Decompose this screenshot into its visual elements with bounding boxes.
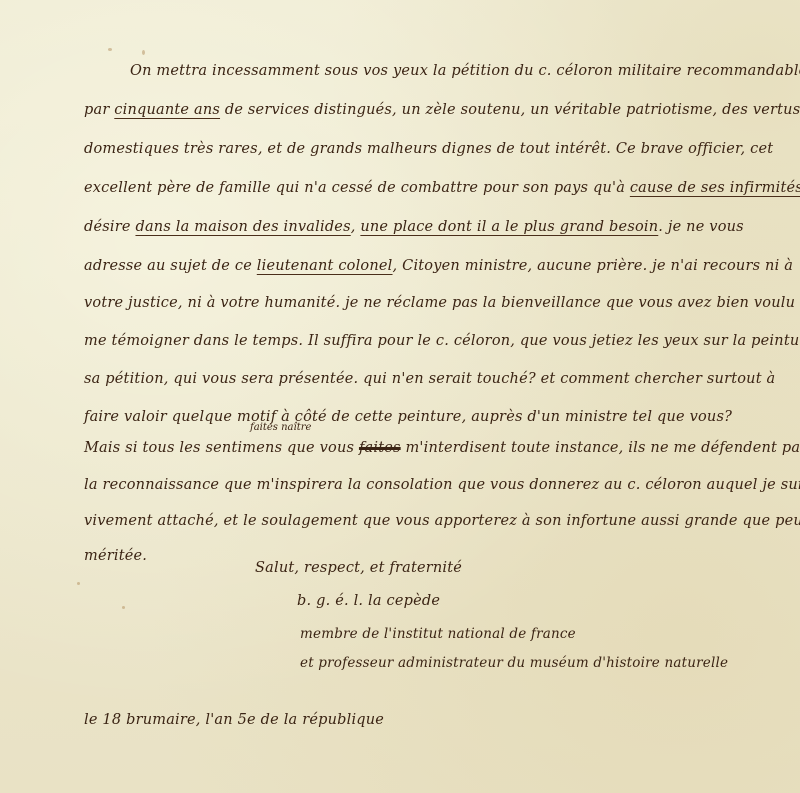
letter-line-4: excellent père de famille qui n'a cessé … (84, 180, 800, 196)
closing-salutation: Salut, respect, et fraternité (255, 560, 462, 576)
letter-line-13: vivement attaché, et le soulagement que … (84, 513, 800, 529)
text: . je ne vous (658, 219, 744, 235)
signature: b. g. é. l. la cepède (297, 593, 440, 609)
signer-title-institut: membre de l'institut national de france (300, 626, 576, 642)
text: de services distingués, un zèle soutenu,… (220, 102, 800, 118)
letter-line-8: me témoigner dans le temps. Il suffira p… (84, 333, 800, 349)
paper-stain (142, 50, 145, 55)
letter-line-11: Mais si tous les sentimens que vous fait… (84, 440, 800, 456)
paper-stain (77, 582, 80, 585)
letter-page: On mettra incessamment sous vos yeux la … (0, 0, 800, 793)
underlined-cinquante-ans: cinquante ans (114, 102, 220, 118)
paper-stain (122, 606, 125, 609)
underlined-invalides: dans la maison des invalides (135, 219, 350, 235)
underlined-lieutenant-colonel: lieutenant colonel (257, 258, 393, 274)
text: adresse au sujet de ce (84, 258, 257, 274)
text: Mais si tous les sentimens que vous (84, 440, 359, 456)
letter-line-6: adresse au sujet de ce lieutenant colone… (84, 258, 793, 274)
letter-line-2: par cinquante ans de services distingués… (84, 102, 800, 118)
text: , Citoyen ministre, aucune prière. je n'… (393, 258, 794, 274)
text: excellent père de famille qui n'a cessé … (84, 180, 630, 196)
struck-word: faites (359, 440, 401, 456)
interlinear-insertion: faites naître (250, 422, 311, 433)
letter-line-5: désire dans la maison des invalides, une… (84, 219, 744, 235)
underlined-infirmites: cause de ses infirmités (630, 180, 800, 196)
letter-line-3: domestiques très rares, et de grands mal… (84, 141, 773, 157)
text: désire (84, 219, 135, 235)
letter-line-10: faire valoir quelque motif à côté de cet… (84, 409, 732, 425)
text: m'interdisent toute instance, ils ne me … (401, 440, 800, 456)
letter-line-14: méritée. (84, 548, 147, 564)
underlined-une-place: une place dont il a le plus grand besoin (360, 219, 658, 235)
letter-line-7: votre justice, ni à votre humanité. je n… (84, 295, 795, 311)
letter-line-12: la reconnaissance que m'inspirera la con… (84, 477, 800, 493)
text: par (84, 102, 114, 118)
signer-title-museum: et professeur administrateur du muséum d… (300, 655, 728, 671)
letter-line-9: sa pétition, qui vous sera présentée. qu… (84, 371, 775, 387)
date-line: le 18 brumaire, l'an 5e de la république (84, 712, 384, 728)
paper-stain (108, 48, 112, 51)
letter-line-1: On mettra incessamment sous vos yeux la … (130, 63, 800, 79)
